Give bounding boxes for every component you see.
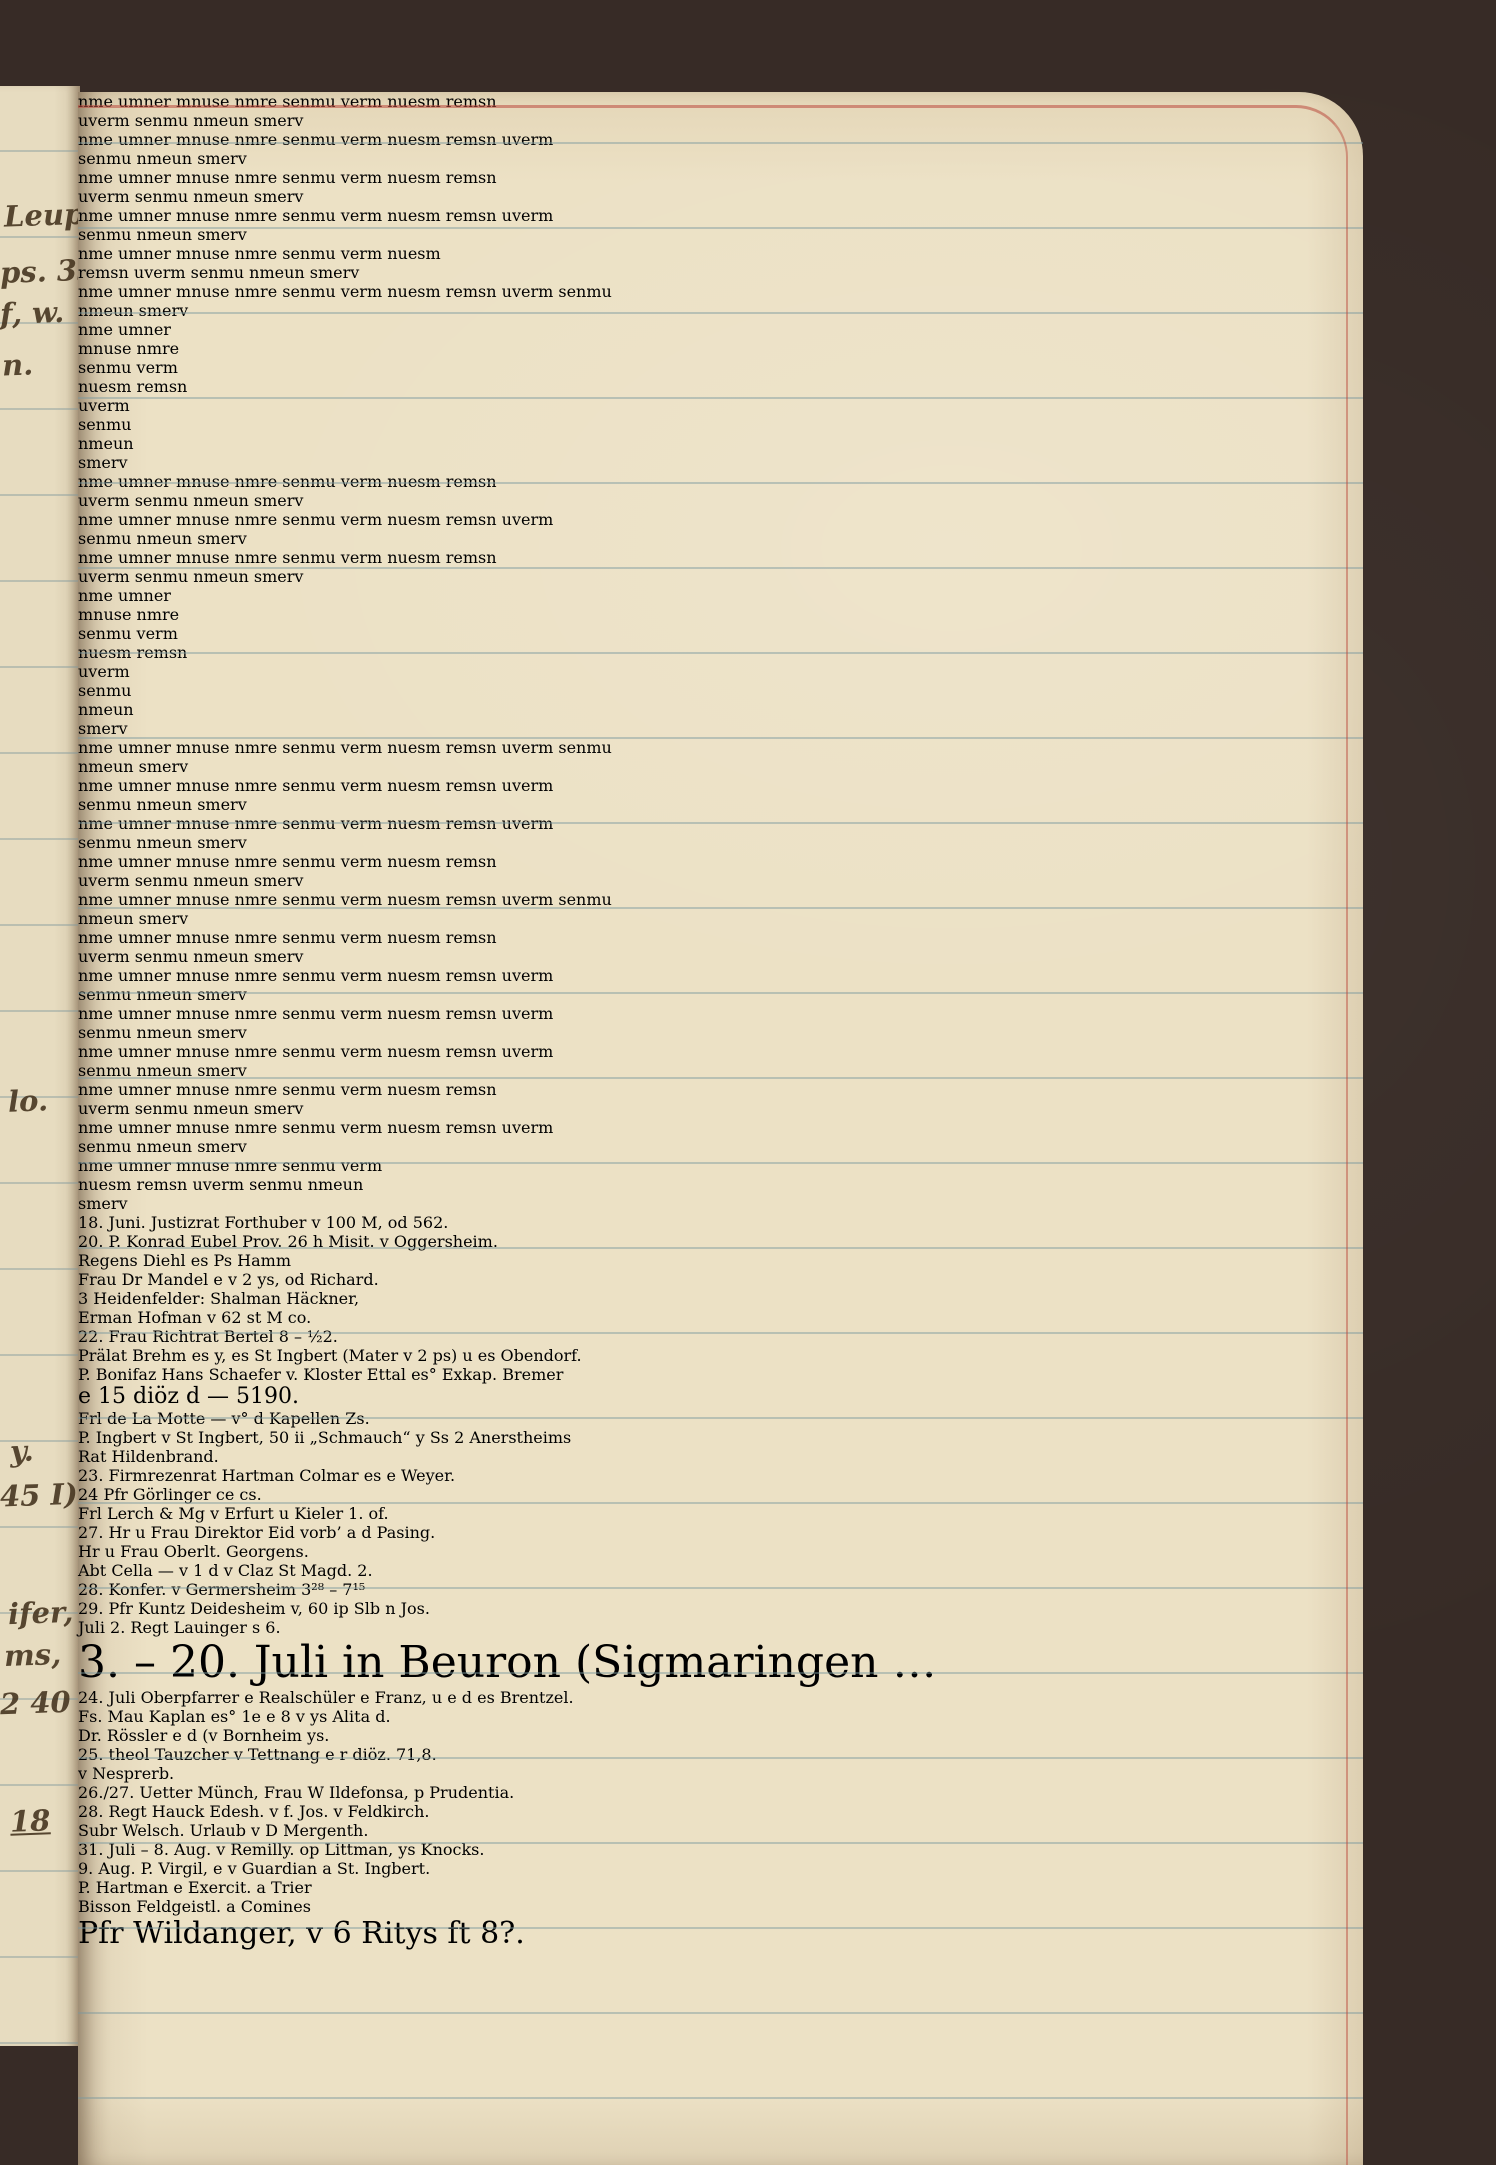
margin-fragment: n. [1,347,33,382]
page-edge-sliver [1363,140,1376,2165]
margin-fragment: lo. [7,1083,48,1118]
margin-fragment: 18 [9,1803,51,1838]
previous-page-edge: Leup-ps. 33-f, w.n.lo.y.45 I),ifer,ms,2 … [0,86,80,2046]
notebook-page: nme umner mnuse nmre senmu verm nuesm re… [78,92,1363,2165]
margin-fragment: ifer, [7,1595,73,1631]
margin-fragment: 2 40 [0,1685,71,1721]
ghost-bleedthrough-line: nme umner mnuse nmre senmu verm nuesm re… [78,92,498,130]
margin-fragment: y. [9,1434,34,1469]
margin-fragment: ms, [3,1637,61,1673]
margin-fragment: f, w. [0,295,65,331]
photo-background: { "document": { "kind": "handwritten dia… [0,0,1496,2165]
margin-fragment: 45 I), [0,1476,88,1513]
ruled-lines [78,142,1363,2159]
